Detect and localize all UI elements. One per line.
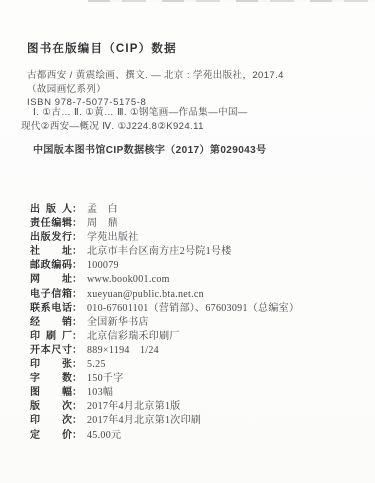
colophon-row-publisher-person: 出版人：孟 白 <box>30 203 360 217</box>
colophon-row-sheets: 印张：5.25 <box>30 358 360 372</box>
row-value: 2017年4月北京第1版 <box>83 400 181 414</box>
cip-series-line: （故园画忆系列） <box>27 83 357 97</box>
colophon-row-phone: 联系电话：010-67601101（营销部）、67603091（总编室） <box>30 302 360 316</box>
colophon-row-address: 社址：北京市丰台区南方庄2号院1号楼 <box>30 245 360 259</box>
row-colon: ： <box>72 203 83 217</box>
colophon-row-printing: 印次：2017年4月北京第1次印刷 <box>30 414 360 428</box>
scan-artifact-top-edge <box>88 0 375 2</box>
colophon-row-wordcount: 字数：150千字 <box>30 372 360 386</box>
row-value: 全国新华书店 <box>83 316 149 330</box>
row-colon: ： <box>72 273 83 287</box>
row-label: 网址 <box>30 273 72 287</box>
row-value: 100079 <box>83 259 119 273</box>
colophon-row-website: 网址：www.book001.com <box>30 273 360 287</box>
row-value: 学苑出版社 <box>83 231 139 245</box>
book-copyright-page: 图书在版编目（CIP）数据 古都西安 / 黄震绘画、撰文. — 北京 : 学苑出… <box>0 0 375 483</box>
cip-classification-line2: 现代②西安—概况 Ⅳ. ①J224.8②K924.11 <box>21 120 361 134</box>
row-colon: ： <box>72 372 83 386</box>
row-colon: ： <box>72 245 83 259</box>
row-label: 图幅 <box>30 386 72 400</box>
row-label: 定价 <box>30 429 72 443</box>
row-label: 版次 <box>30 400 72 414</box>
row-label: 印次 <box>30 414 72 428</box>
row-value: 2017年4月北京第1次印刷 <box>83 414 201 428</box>
row-value: 孟 白 <box>83 203 118 217</box>
row-value: 周 鼎 <box>83 217 118 231</box>
row-colon: ： <box>72 386 83 400</box>
row-label: 邮政编码 <box>30 259 72 273</box>
row-label: 出版发行 <box>30 231 72 245</box>
row-value: 北京市丰台区南方庄2号院1号楼 <box>83 245 232 259</box>
colophon-row-format: 开本尺寸：889×1194 1/24 <box>30 344 360 358</box>
row-value: 889×1194 1/24 <box>83 344 159 358</box>
row-label: 联系电话 <box>30 302 72 316</box>
colophon-table: 出版人：孟 白 责任编辑：周 鼎 出版发行：学苑出版社 社址：北京市丰台区南方庄… <box>30 203 360 443</box>
row-colon: ： <box>72 358 83 372</box>
row-label: 开本尺寸 <box>30 344 72 358</box>
cip-classification-line1: Ⅰ. ①古… Ⅱ. ①黄… Ⅲ. ①钢笔画—作品集—中国— <box>21 106 361 120</box>
colophon-row-edition: 版次：2017年4月北京第1版 <box>30 400 360 414</box>
row-value: 150千字 <box>83 372 124 386</box>
row-colon: ： <box>72 429 83 443</box>
row-value: xueyuan@public.bta.net.cn <box>83 288 204 302</box>
colophon-row-illustrations: 图幅：103幅 <box>30 386 360 400</box>
colophon-row-postcode: 邮政编码：100079 <box>30 259 360 273</box>
colophon-row-price: 定价：45.00元 <box>30 429 360 443</box>
row-label: 印张 <box>30 358 72 372</box>
row-label: 字数 <box>30 372 72 386</box>
cip-classification-block: Ⅰ. ①古… Ⅱ. ①黄… Ⅲ. ①钢笔画—作品集—中国— 现代②西安—概况 Ⅳ… <box>21 106 361 133</box>
row-label: 出版人 <box>30 203 72 217</box>
row-colon: ： <box>72 400 83 414</box>
row-colon: ： <box>72 288 83 302</box>
row-label: 经销 <box>30 316 72 330</box>
row-value: 010-67601101（营销部）、67603091（总编室） <box>83 302 299 316</box>
cip-record-number: 中国版本图书馆CIP数据核字（2017）第029043号 <box>33 141 267 156</box>
row-colon: ： <box>72 316 83 330</box>
row-colon: ： <box>72 414 83 428</box>
row-colon: ： <box>72 344 83 358</box>
colophon-row-printer: 印刷厂：北京信彩瑞禾印刷厂 <box>30 330 360 344</box>
row-label: 社址 <box>30 245 72 259</box>
row-value: 103幅 <box>83 386 113 400</box>
row-value: 北京信彩瑞禾印刷厂 <box>83 330 180 344</box>
row-value: www.book001.com <box>83 273 170 287</box>
row-colon: ： <box>72 259 83 273</box>
colophon-row-distribution: 经销：全国新华书店 <box>30 316 360 330</box>
row-label: 电子信箱 <box>30 288 72 302</box>
row-colon: ： <box>72 217 83 231</box>
row-colon: ： <box>72 302 83 316</box>
colophon-row-editor: 责任编辑：周 鼎 <box>30 217 360 231</box>
row-label: 责任编辑 <box>30 217 72 231</box>
cip-data-block: 图书在版编目（CIP）数据 古都西安 / 黄震绘画、撰文. — 北京 : 学苑出… <box>27 40 357 110</box>
cip-title: 图书在版编目（CIP）数据 <box>27 40 357 56</box>
row-value: 5.25 <box>83 358 106 372</box>
row-value: 45.00元 <box>83 429 121 443</box>
row-label: 印刷厂 <box>30 330 72 344</box>
colophon-row-publishing-house: 出版发行：学苑出版社 <box>30 231 360 245</box>
cip-description-line: 古都西安 / 黄震绘画、撰文. — 北京 : 学苑出版社，2017.4 <box>27 69 357 83</box>
colophon-row-email: 电子信箱：xueyuan@public.bta.net.cn <box>30 288 360 302</box>
row-colon: ： <box>72 231 83 245</box>
row-colon: ： <box>72 330 83 344</box>
